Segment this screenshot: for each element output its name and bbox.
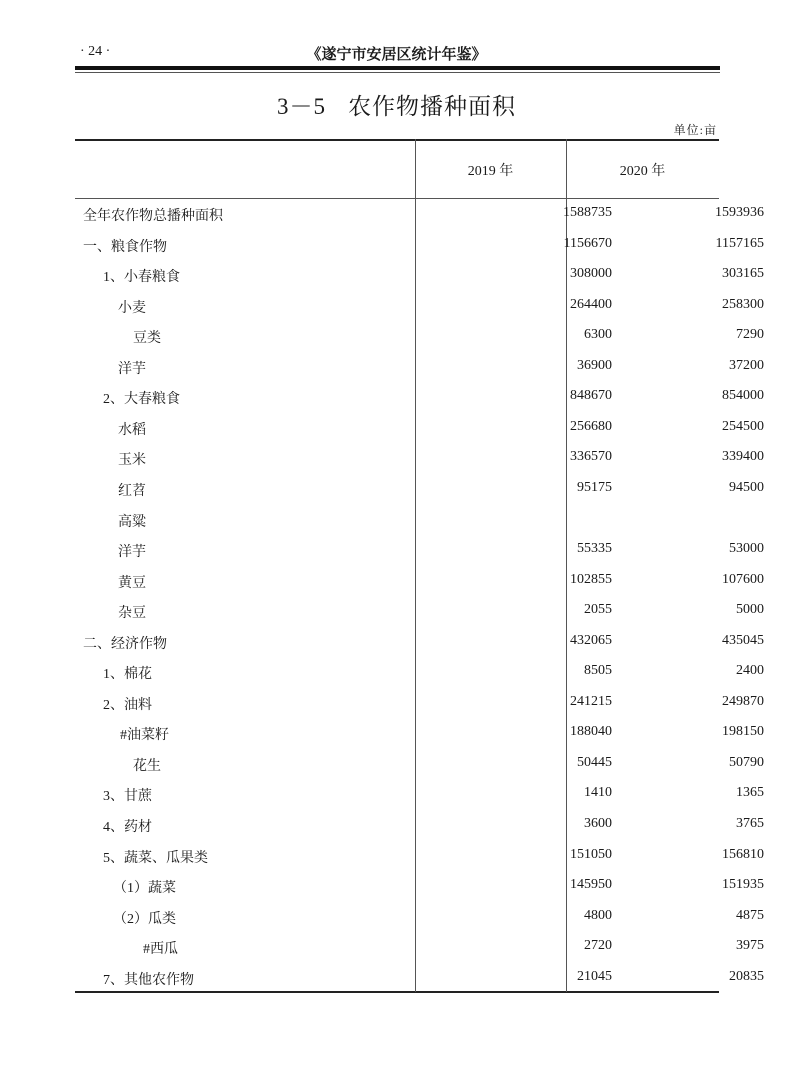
value-2020: 339400 [565,449,764,465]
table-row: 水稻256680254500 [75,419,719,449]
value-2020: 2400 [565,663,764,679]
row-label: #油菜籽 [120,724,169,744]
row-label: 2、大春粮食 [103,388,180,408]
table-row: 全年农作物总播种面积15887351593936 [75,205,719,235]
table-row: 高粱 [75,511,719,541]
table-row: 1、棉花85052400 [75,663,719,693]
table-row: #西瓜27203975 [75,938,719,968]
table-row: 一、粮食作物11566701157165 [75,236,719,266]
header-rule-thin [75,72,720,73]
table-row: 小麦264400258300 [75,297,719,327]
row-label: 3、甘蔗 [103,785,152,805]
table-row: （2）瓜类48004875 [75,908,719,938]
row-label: 1、棉花 [103,663,152,683]
row-label: 豆类 [133,327,161,347]
value-2020: 53000 [565,541,764,557]
table-title-text: 农作物播种面积 [348,94,516,119]
row-label: （1）蔬菜 [113,877,176,897]
value-2020: 254500 [565,419,764,435]
table-header-rule [75,198,719,199]
row-label: 1、小春粮食 [103,266,180,286]
table-row: 2、油料241215249870 [75,694,719,724]
value-2020: 37200 [565,358,764,374]
row-label: 小麦 [118,297,146,317]
row-label: 全年农作物总播种面积 [83,205,223,225]
value-2020: 198150 [565,724,764,740]
row-label: 4、药材 [103,816,152,836]
row-label: #西瓜 [143,938,178,958]
value-2020: 7290 [565,327,764,343]
row-label: 二、经济作物 [83,633,167,653]
table-row: 玉米336570339400 [75,449,719,479]
row-label: 红苕 [118,480,146,500]
row-label: 7、其他农作物 [103,969,194,989]
value-2020: 94500 [565,480,764,496]
table-row: 洋芋5533553000 [75,541,719,571]
table-row: 红苕9517594500 [75,480,719,510]
table-row: 洋芋3690037200 [75,358,719,388]
table-row: 二、经济作物432065435045 [75,633,719,663]
table-title: 3－5农作物播种面积 [0,88,793,121]
row-label: 水稻 [118,419,146,439]
table-row: （1）蔬菜145950151935 [75,877,719,907]
header-rule-thick [75,66,720,70]
row-label: 2、油料 [103,694,152,714]
table-row: 1、小春粮食308000303165 [75,266,719,296]
table-row: 5、蔬菜、瓜果类151050156810 [75,847,719,877]
row-label: 洋芋 [118,541,146,561]
table-row: 2、大春粮食848670854000 [75,388,719,418]
value-2020: 854000 [565,388,764,404]
value-2020: 5000 [565,602,764,618]
table-row: 4、药材36003765 [75,816,719,846]
table-top-rule [75,139,719,141]
row-label: 玉米 [118,449,146,469]
table-row: 豆类63007290 [75,327,719,357]
value-2020: 156810 [565,847,764,863]
value-2020: 1593936 [565,205,764,221]
value-2020: 151935 [565,877,764,893]
table-number: 3－5 [277,94,326,119]
value-2020: 1157165 [565,236,764,252]
unit-label: 单位:亩 [674,121,717,138]
value-2020: 258300 [565,297,764,313]
value-2020: 20835 [565,969,764,985]
row-label: 高粱 [118,511,146,531]
row-label: 一、粮食作物 [83,236,167,256]
value-2020: 3765 [565,816,764,832]
row-label: 5、蔬菜、瓜果类 [103,847,208,867]
row-label: 杂豆 [118,602,146,622]
row-label: （2）瓜类 [113,908,176,928]
column-header-2019: 2019 年 [415,160,566,180]
value-2020: 50790 [565,755,764,771]
row-label: 花生 [133,755,161,775]
table-row: 3、甘蔗14101365 [75,785,719,815]
table-row: 杂豆20555000 [75,602,719,632]
row-label: 黄豆 [118,572,146,592]
table-row: 7、其他农作物2104520835 [75,969,719,999]
column-header-2020: 2020 年 [566,160,719,180]
table-row: #油菜籽188040198150 [75,724,719,754]
table-row: 花生5044550790 [75,755,719,785]
value-2020: 303165 [565,266,764,282]
value-2020: 435045 [565,633,764,649]
value-2020: 249870 [565,694,764,710]
value-2020: 107600 [565,572,764,588]
book-title: 《遂宁市安居区统计年鉴》 [0,43,793,64]
row-label: 洋芋 [118,358,146,378]
value-2020: 3975 [565,938,764,954]
table-row: 黄豆102855107600 [75,572,719,602]
value-2020: 1365 [565,785,764,801]
value-2020: 4875 [565,908,764,924]
